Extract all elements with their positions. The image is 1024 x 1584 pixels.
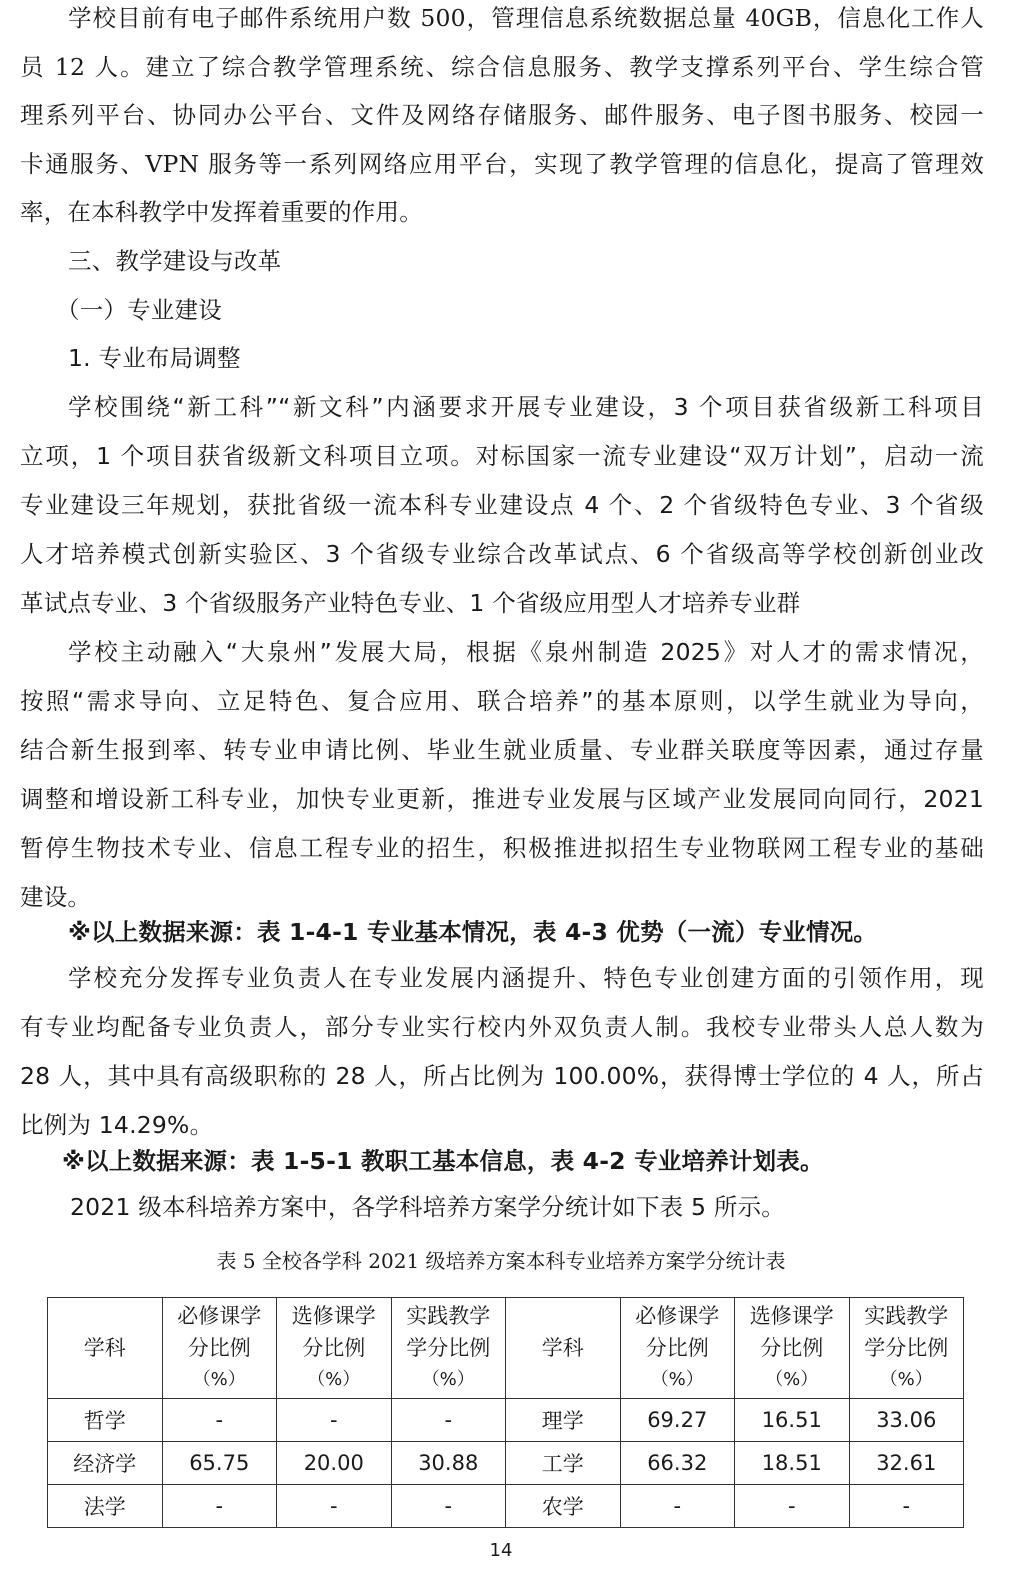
cell-subject: 理学 [506,1399,621,1442]
table-row: 法学 - - - 农学 - - - [48,1485,964,1528]
table-row: 经济学 65.75 20.00 30.88 工学 66.32 18.51 32.… [48,1442,964,1485]
paragraph-line: 暂停生物技术专业、信息工程专业的招生，积极推进拟招生专业物联网工程专业的基础 [20,833,984,863]
paragraph-line: 人才培养模式创新实验区、3 个省级专业综合改革试点、6 个省级高等学校创新创业改 [20,539,984,569]
header-subject: 学科 [48,1298,163,1399]
cell-elective: 20.00 [277,1442,392,1485]
header-required-ratio: 必修课学分比例（%） [620,1298,735,1399]
cell-elective: - [735,1485,850,1528]
cell-subject: 农学 [506,1485,621,1528]
table-row: 哲学 - - - 理学 69.27 16.51 33.06 [48,1399,964,1442]
paragraph-line: 有专业均配备专业负责人，部分专业实行校内外双负责人制。我校专业带头人总人数为 [20,1012,984,1042]
subsection-heading: （一）专业建设 [56,295,222,325]
header-elective-ratio: 选修课学分比例（%） [735,1298,850,1399]
cell-practice: - [849,1485,964,1528]
credit-statistics-table: 学科 必修课学分比例（%） 选修课学分比例（%） 实践教学学分比例（%） 学科 … [47,1297,964,1528]
paragraph-line: 28 人，其中具有高级职称的 28 人，所占比例为 100.00%，获得博士学位… [20,1061,984,1091]
cell-practice: - [391,1485,506,1528]
cell-practice: 32.61 [849,1442,964,1485]
header-elective-ratio: 选修课学分比例（%） [277,1298,392,1399]
cell-elective: 18.51 [735,1442,850,1485]
cell-subject: 哲学 [48,1399,163,1442]
cell-required: - [162,1485,277,1528]
paragraph-line: 按照“需求导向、立足特色、复合应用、联合培养”的基本原则，以学生就业为导向， [20,686,984,716]
paragraph-line: 员 12 人。建立了综合教学管理系统、综合信息服务、教学支撑系列平台、学生综合管 [20,52,984,82]
cell-practice: 33.06 [849,1399,964,1442]
cell-elective: - [277,1485,392,1528]
data-source-note: ※以上数据来源：表 1-4-1 专业基本情况，表 4-3 优势（一流）专业情况。 [68,917,877,947]
paragraph-line: 2021 级本科培养方案中，各学科培养方案学分统计如下表 5 所示。 [70,1192,785,1222]
paragraph-line: 学校围绕“新工科”“新文科”内涵要求开展专业建设，3 个项目获省级新工科项目 [20,392,984,422]
paragraph-line: 革试点专业、3 个省级服务产业特色专业、1 个省级应用型人才培养专业群 [20,588,984,618]
cell-subject: 法学 [48,1485,163,1528]
paragraph-line: 理系列平台、协同办公平台、文件及网络存储服务、邮件服务、电子图书服务、校园一 [20,100,984,130]
cell-required: 66.32 [620,1442,735,1485]
cell-subject: 工学 [506,1442,621,1485]
page-number: 14 [0,1540,1002,1561]
header-required-ratio: 必修课学分比例（%） [162,1298,277,1399]
section-heading: 三、教学建设与改革 [68,246,281,276]
cell-subject: 经济学 [48,1442,163,1485]
paragraph-line: 学校充分发挥专业负责人在专业发展内涵提升、特色专业创建方面的引领作用，现 [20,963,984,993]
paragraph-line: 卡通服务、VPN 服务等一系列网络应用平台，实现了教学管理的信息化，提高了管理效 [20,149,984,179]
table-header-row: 学科 必修课学分比例（%） 选修课学分比例（%） 实践教学学分比例（%） 学科 … [48,1298,964,1399]
item-heading: 1. 专业布局调整 [68,343,241,373]
table-caption: 表 5 全校各学科 2021 级培养方案本科专业培养方案学分统计表 [0,1248,1002,1274]
cell-required: - [162,1399,277,1442]
paragraph-line: 比例为 14.29%。 [20,1110,984,1140]
header-practice-ratio: 实践教学学分比例（%） [849,1298,964,1399]
paragraph-line: 调整和增设新工科专业，加快专业更新，推进专业发展与区域产业发展同向同行，2021 [20,784,984,814]
cell-required: 65.75 [162,1442,277,1485]
cell-elective: 16.51 [735,1399,850,1442]
header-practice-ratio: 实践教学学分比例（%） [391,1298,506,1399]
cell-required: 69.27 [620,1399,735,1442]
cell-practice: - [391,1399,506,1442]
data-source-note: ※以上数据来源：表 1-5-1 教职工基本信息，表 4-2 专业培养计划表。 [62,1146,824,1176]
paragraph-line: 学校目前有电子邮件系统用户数 500，管理信息系统数据总量 40GB，信息化工作… [20,3,984,33]
paragraph-line: 立项，1 个项目获省级新文科项目立项。对标国家一流专业建设“双万计划”，启动一流 [20,441,984,471]
header-subject: 学科 [506,1298,621,1399]
paragraph-line: 率，在本科教学中发挥着重要的作用。 [20,197,984,227]
cell-practice: 30.88 [391,1442,506,1485]
paragraph-line: 专业建设三年规划，获批省级一流本科专业建设点 4 个、2 个省级特色专业、3 个… [20,490,984,520]
paragraph-line: 学校主动融入“大泉州”发展大局，根据《泉州制造 2025》对人才的需求情况， [20,637,984,667]
paragraph-line: 结合新生报到率、转专业申请比例、毕业生就业质量、专业群关联度等因素，通过存量 [20,735,984,765]
paragraph-line: 建设。 [20,882,984,912]
cell-elective: - [277,1399,392,1442]
cell-required: - [620,1485,735,1528]
